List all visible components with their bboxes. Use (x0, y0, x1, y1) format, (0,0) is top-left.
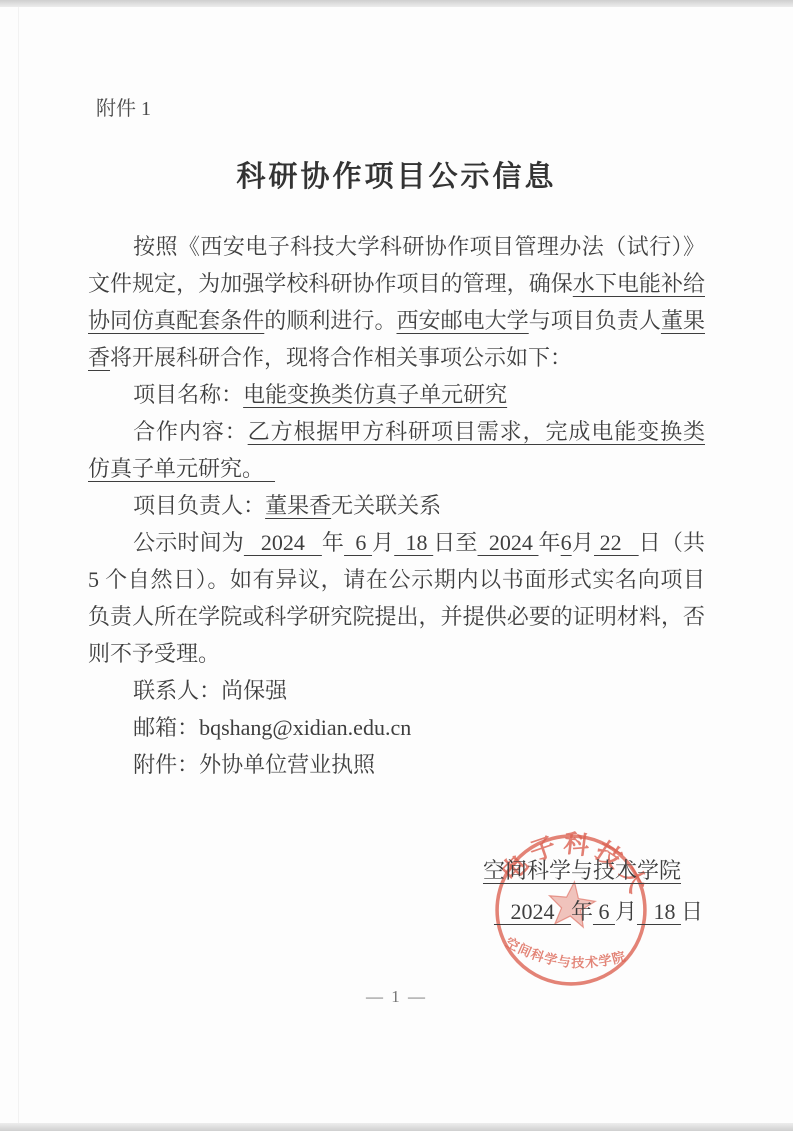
text-run: 年 (322, 530, 344, 555)
scan-edge-bottom (0, 1123, 793, 1131)
paragraph-publicity-period: 公示时间为 2024 年 6 月 18 日至 2024 年6月 22 日（共 5… (88, 524, 705, 672)
scan-edge-left (18, 7, 19, 1123)
field-label: 联系人： (133, 678, 221, 703)
page-title: 科研协作项目公示信息 (88, 160, 705, 194)
underlined-start-year: 2024 (244, 530, 322, 555)
email-address: bqshang@xidian.edu.cn (199, 715, 411, 740)
document-body: 按照《西安电子科技大学科研协作项目管理办法（试行）》文件规定，为加强学校科研协作… (88, 228, 705, 783)
attachment-label: 附件 1 (96, 96, 705, 122)
contact-name: 尚保强 (221, 678, 287, 703)
field-label: 合作内容： (133, 419, 248, 444)
paragraph-email: 邮箱：bqshang@xidian.edu.cn (88, 709, 705, 746)
text-run: 年 (571, 899, 593, 924)
underlined-end-month: 6 (561, 530, 572, 555)
document-page: 电子科技大 空间科学与技术学院 附件 1 科研协作项目公示信息 按照《西安电子科… (0, 0, 793, 1131)
underlined-start-day: 18 (394, 530, 433, 555)
attachment-description: 外协单位营业执照 (199, 752, 375, 777)
text-run: 的顺利进行。 (264, 308, 396, 333)
document-content: 附件 1 科研协作项目公示信息 按照《西安电子科技大学科研协作项目管理办法（试行… (88, 0, 705, 1007)
paragraph-intro: 按照《西安电子科技大学科研协作项目管理办法（试行）》文件规定，为加强学校科研协作… (88, 228, 705, 376)
signing-date: 2024 年 6 月 18 日 (88, 891, 705, 933)
paragraph-project-name: 项目名称：电能变换类仿真子单元研究 (88, 376, 705, 413)
text-run: 将开展科研合作，现将合作相关事项公示如下： (110, 345, 572, 370)
underlined-end-year: 2024 (478, 530, 539, 555)
field-label: 附件： (133, 752, 199, 777)
paragraph-attachment: 附件：外协单位营业执照 (88, 746, 705, 783)
page-number: — 1 — (88, 987, 705, 1007)
text-run: 日至 (433, 530, 477, 555)
underlined-sign-day: 18 (637, 899, 681, 924)
underlined-project-name: 电能变换类仿真子单元研究 (243, 382, 507, 407)
department-name: 空间科学与技术学院 (483, 858, 681, 883)
underlined-end-day: 22 (594, 530, 639, 555)
text-run: 日 (681, 899, 703, 924)
underlined-partner-university: 西安邮电大学 (397, 308, 529, 333)
paragraph-project-leader: 项目负责人：董果香无关联关系 (88, 487, 705, 524)
text-run: 无关联关系 (331, 493, 441, 518)
field-label: 项目名称： (133, 382, 243, 407)
underlined-sign-year: 2024 (494, 899, 571, 924)
paragraph-cooperation-content: 合作内容：乙方根据甲方科研项目需求，完成电能变换类仿真子单元研究。 (88, 413, 705, 487)
text-run: 公示时间为 (133, 530, 244, 555)
paragraph-contact: 联系人：尚保强 (88, 672, 705, 709)
text-run: 与项目负责人 (529, 308, 661, 333)
signing-department: 空间科学与技术学院 (88, 851, 705, 891)
text-run: 月 (372, 530, 394, 555)
signature-block: 空间科学与技术学院 2024 年 6 月 18 日 (88, 851, 705, 933)
field-label: 邮箱： (133, 715, 199, 740)
text-run: 年 (539, 530, 561, 555)
text-run: 月 (615, 899, 637, 924)
underlined-leader-name: 董果香 (265, 493, 331, 518)
field-label: 项目负责人： (133, 493, 265, 518)
underlined-start-month: 6 (344, 530, 372, 555)
underlined-sign-month: 6 (593, 899, 615, 924)
text-run: 月 (572, 530, 594, 555)
